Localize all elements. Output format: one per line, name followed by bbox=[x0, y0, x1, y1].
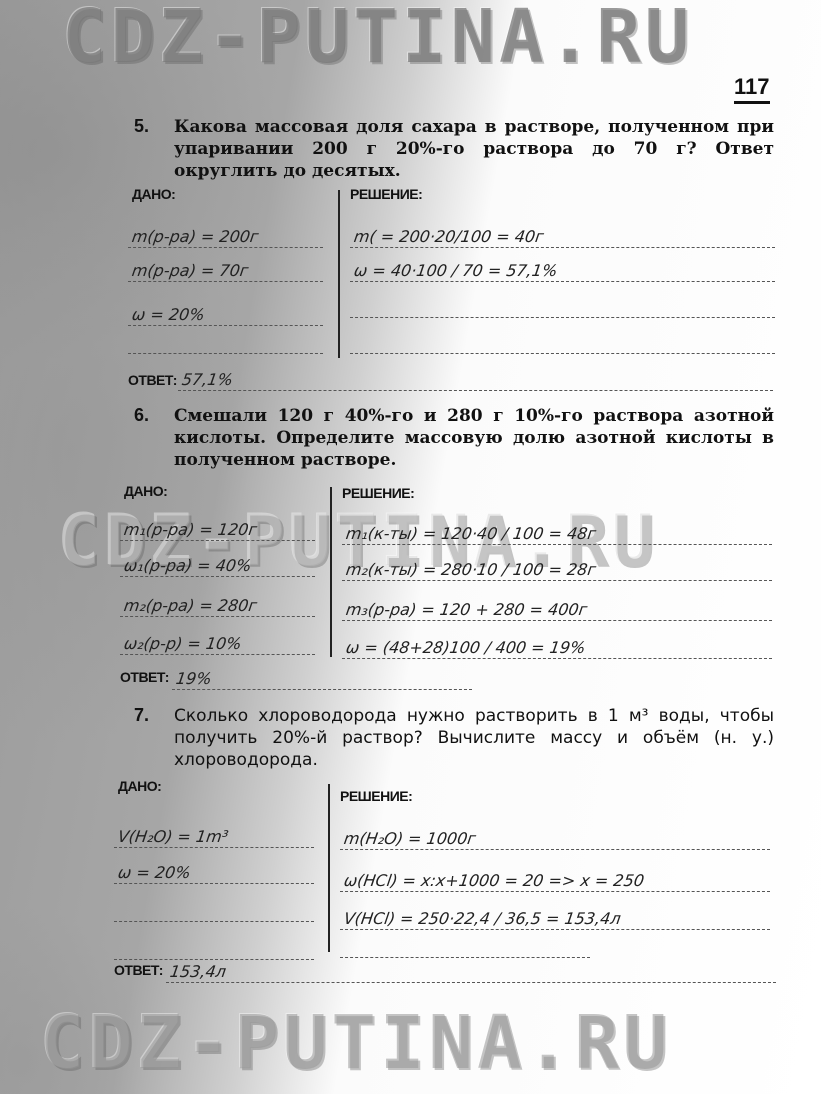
given-line[interactable]: ω = 20% bbox=[128, 304, 323, 326]
task-number: 6. bbox=[134, 405, 149, 426]
task-6-form: ДАНО: РЕШЕНИЕ: m₁(р-ра) = 120г ω₁(р-ра) … bbox=[120, 483, 780, 693]
solution-line[interactable]: m₃(р-ра) = 120 + 280 = 400г bbox=[342, 599, 772, 621]
task-5-form: ДАНО: РЕШЕНИЕ: m(р-ра) = 200г m(р-ра) = … bbox=[128, 186, 778, 396]
solution-line[interactable]: m₁(к-ты) = 120·40 / 100 = 48г bbox=[342, 523, 772, 545]
given-line[interactable]: m₁(р-ра) = 120г bbox=[120, 519, 315, 541]
given-line[interactable] bbox=[114, 900, 314, 922]
solution-line[interactable]: V(HCl) = 250·22,4 / 36,5 = 153,4л bbox=[340, 908, 770, 930]
solution-line[interactable] bbox=[340, 936, 590, 958]
task-text: Сколько хлороводорода нужно растворить в… bbox=[174, 705, 774, 771]
given-line[interactable]: ω = 20% bbox=[114, 862, 314, 884]
solution-line[interactable]: ω = (48+28)100 / 400 = 19% bbox=[342, 637, 772, 659]
given-line[interactable]: m(р-ра) = 200г bbox=[128, 226, 323, 248]
solution-line[interactable]: ω = 40·100 / 70 = 57,1% bbox=[350, 260, 775, 282]
answer-label: ОТВЕТ: bbox=[128, 372, 177, 388]
solution-label: РЕШЕНИЕ: bbox=[342, 485, 414, 501]
task-6: 6. Смешали 120 г 40%-го и 280 г 10%-го р… bbox=[134, 405, 774, 471]
answer-field[interactable]: 153,4л bbox=[166, 962, 776, 983]
solution-label: РЕШЕНИЕ: bbox=[340, 788, 412, 804]
given-label: ДАНО: bbox=[124, 483, 167, 499]
task-number: 7. bbox=[134, 705, 149, 726]
watermark-bottom: CDZ-PUTINA.RU bbox=[40, 1000, 671, 1086]
watermark-top: CDZ-PUTINA.RU bbox=[62, 0, 693, 80]
page-number: 117 bbox=[734, 74, 770, 104]
solution-line[interactable]: ω(HCl) = x:x+1000 = 20 => x = 250 bbox=[340, 870, 770, 892]
answer-field[interactable]: 57,1% bbox=[178, 370, 773, 391]
task-7-form: ДАНО: РЕШЕНИЕ: V(H₂O) = 1m³ ω = 20% m(H₂… bbox=[114, 778, 780, 988]
column-divider bbox=[338, 190, 340, 358]
task-7: 7. Сколько хлороводорода нужно растворит… bbox=[134, 705, 774, 771]
given-line[interactable]: V(H₂O) = 1m³ bbox=[114, 826, 314, 848]
solution-line[interactable]: m( = 200·20/100 = 40г bbox=[350, 226, 775, 248]
column-divider bbox=[328, 784, 330, 952]
given-line[interactable] bbox=[128, 332, 323, 354]
task-text: Смешали 120 г 40%-го и 280 г 10%-го раст… bbox=[174, 405, 774, 471]
solution-line[interactable]: m(H₂O) = 1000г bbox=[340, 828, 770, 850]
solution-line[interactable] bbox=[350, 296, 775, 318]
column-divider bbox=[330, 487, 332, 657]
answer-label: ОТВЕТ: bbox=[114, 962, 163, 978]
given-label: ДАНО: bbox=[118, 778, 161, 794]
given-line[interactable]: ω₂(р-р) = 10% bbox=[120, 633, 315, 655]
answer-label: ОТВЕТ: bbox=[120, 669, 169, 685]
task-number: 5. bbox=[134, 116, 149, 137]
solution-line[interactable] bbox=[350, 332, 775, 354]
given-line[interactable]: m₂(р-ра) = 280г bbox=[120, 595, 315, 617]
answer-field[interactable]: 19% bbox=[172, 669, 472, 690]
given-label: ДАНО: bbox=[132, 186, 175, 202]
solution-label: РЕШЕНИЕ: bbox=[350, 186, 422, 202]
given-line[interactable]: m(р-ра) = 70г bbox=[128, 260, 323, 282]
task-5: 5. Какова массовая доля сахара в раствор… bbox=[134, 116, 774, 182]
given-line[interactable] bbox=[114, 938, 314, 960]
solution-line[interactable]: m₂(к-ты) = 280·10 / 100 = 28г bbox=[342, 559, 772, 581]
task-text: Какова массовая доля сахара в растворе, … bbox=[174, 116, 774, 182]
given-line[interactable]: ω₁(р-ра) = 40% bbox=[120, 555, 315, 577]
